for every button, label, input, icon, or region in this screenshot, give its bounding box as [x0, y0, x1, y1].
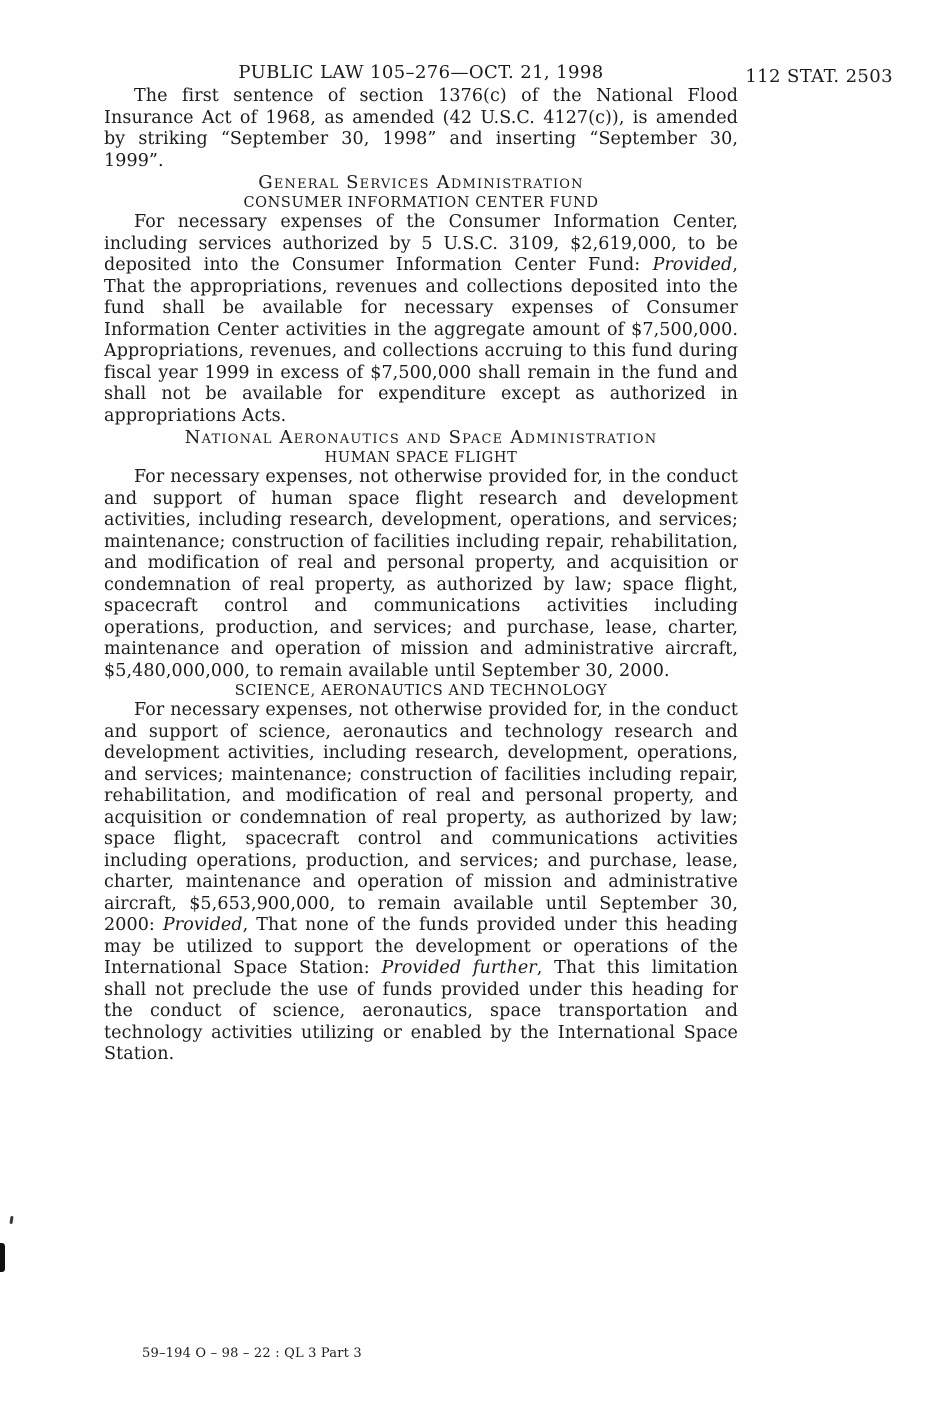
appropriation-paragraph-consumer-information-center-fund: For necessary expenses of the Consumer I… [104, 212, 738, 427]
account-heading-consumer-information-center-fund: Consumer Information Center Fund [104, 194, 738, 212]
agency-heading-nasa: National Aeronautics and Space Administr… [104, 427, 738, 449]
text-column: PUBLIC LAW 105–276—OCT. 21, 1998 The fir… [104, 62, 738, 1066]
appropriation-paragraph-science-aeronautics-technology: For necessary expenses, not otherwise pr… [104, 700, 738, 1066]
scan-artifact-speck [9, 1216, 13, 1224]
stat-page-number: 112 STAT. 2503 [745, 66, 893, 87]
appropriation-paragraph-human-space-flight: For necessary expenses, not otherwise pr… [104, 467, 738, 682]
account-heading-human-space-flight: Human Space Flight [104, 449, 738, 467]
intro-amendment-paragraph: The first sentence of section 1376(c) of… [104, 86, 738, 172]
page-header-law-title: PUBLIC LAW 105–276—OCT. 21, 1998 [104, 62, 738, 86]
statute-page: 112 STAT. 2503 PUBLIC LAW 105–276—OCT. 2… [0, 0, 949, 1414]
gpo-print-code: 59–194 O – 98 – 22 : QL 3 Part 3 [142, 1346, 362, 1361]
account-heading-science-aeronautics-technology: Science, Aeronautics and Technology [104, 682, 738, 700]
agency-heading-general-services-administration: General Services Administration [104, 172, 738, 194]
scan-artifact-bar [0, 1243, 5, 1272]
